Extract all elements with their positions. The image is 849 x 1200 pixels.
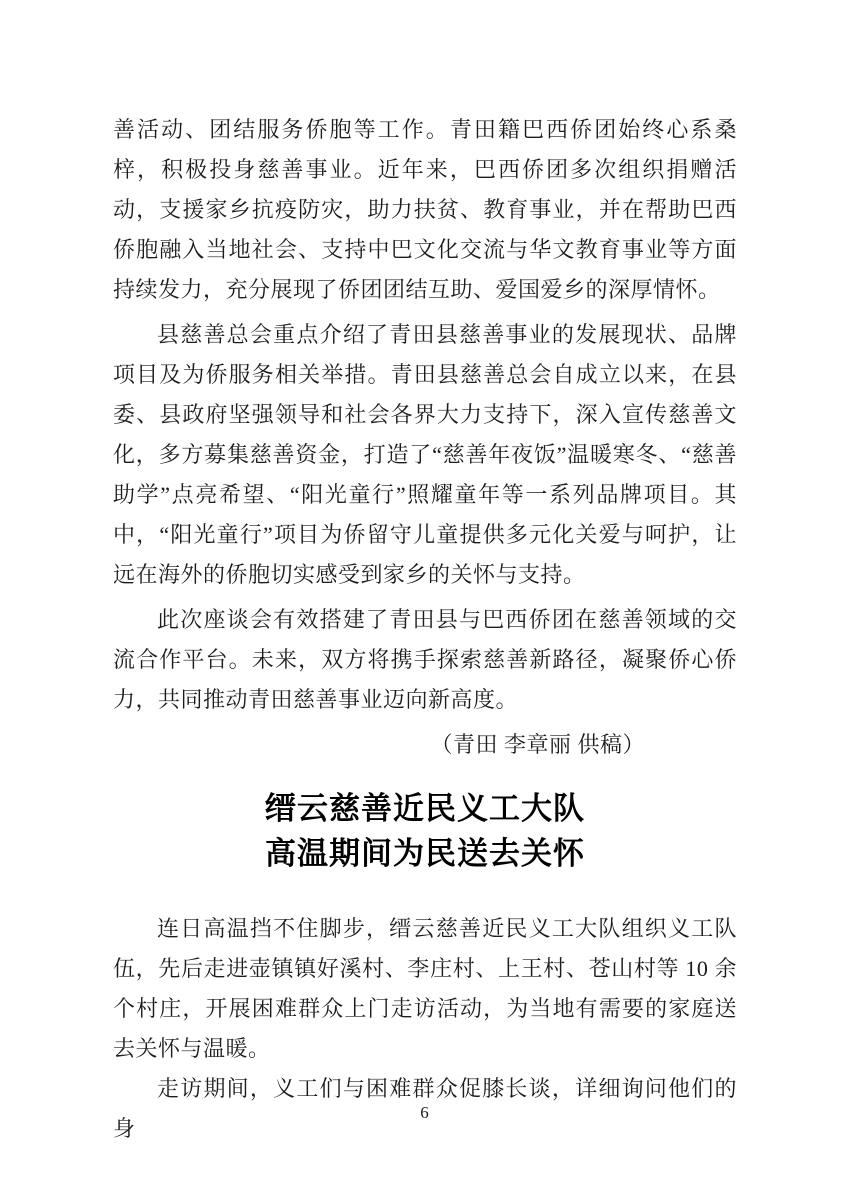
qingtian-paragraph-1: 善活动、团结服务侨胞等工作。青田籍巴西侨团始终心系桑梓，积极投身慈善事业。近年来… — [113, 110, 737, 310]
document-page: 善活动、团结服务侨胞等工作。青田籍巴西侨团始终心系桑梓，积极投身慈善事业。近年来… — [0, 0, 849, 1200]
contributor-byline: （青田 李章丽 供稿） — [113, 725, 737, 765]
article-title-line1: 缙云慈善近民义工大队 — [113, 786, 737, 831]
article-title: 缙云慈善近民义工大队 高温期间为民送去关怀 — [113, 786, 737, 876]
jinyun-paragraph-1: 连日高温挡不住脚步，缙云慈善近民义工大队组织义工队伍，先后走进壶镇镇好溪村、李庄… — [113, 909, 737, 1069]
qingtian-paragraph-3: 此次座谈会有效搭建了青田县与巴西侨团在慈善领域的交流合作平台。未来，双方将携手探… — [113, 600, 737, 720]
page-content: 善活动、团结服务侨胞等工作。青田籍巴西侨团始终心系桑梓，积极投身慈善事业。近年来… — [113, 110, 737, 1149]
qingtian-paragraph-2: 县慈善总会重点介绍了青田县慈善事业的发展现状、品牌项目及为侨服务相关举措。青田县… — [113, 315, 737, 595]
article-title-line2: 高温期间为民送去关怀 — [113, 831, 737, 876]
page-number: 6 — [0, 1101, 849, 1125]
